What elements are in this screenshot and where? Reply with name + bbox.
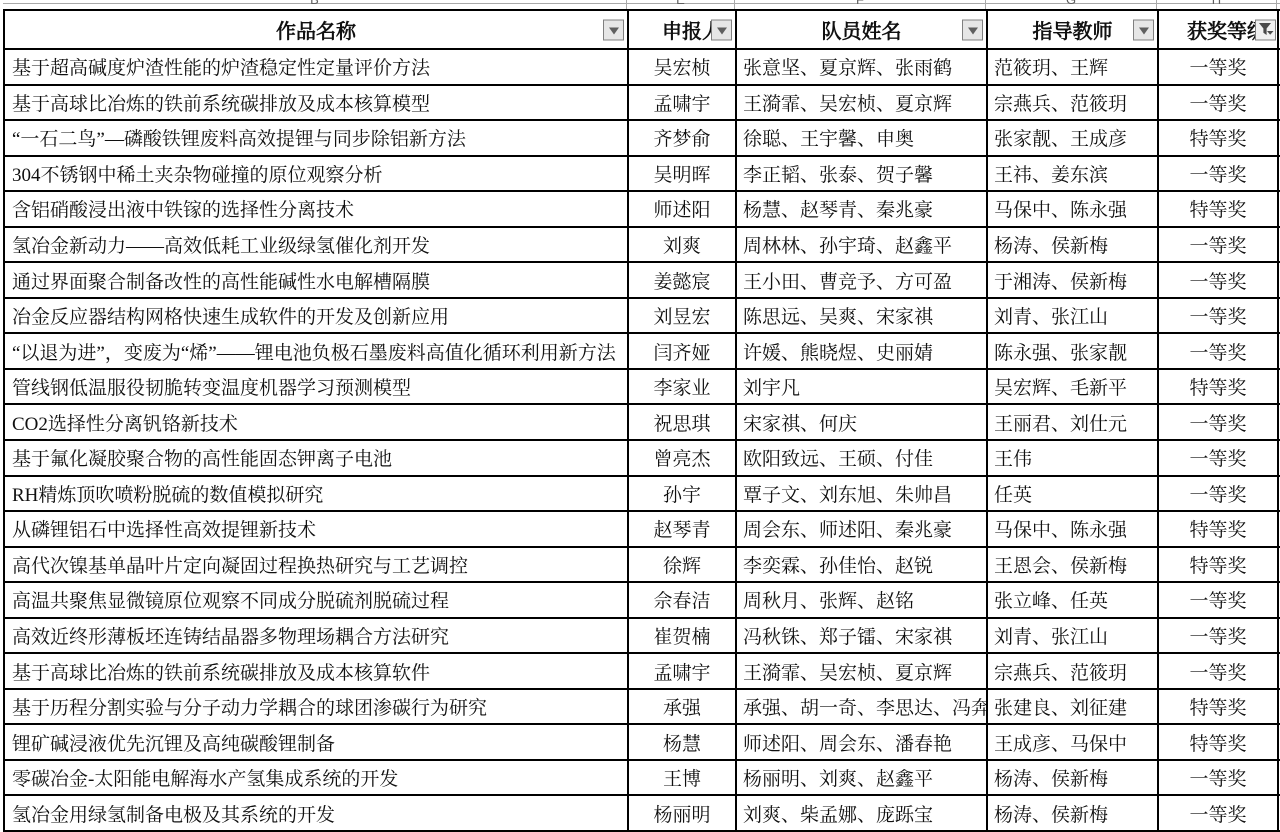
- column-letter-label: F: [856, 0, 864, 7]
- cell-award_level[interactable]: 一等奖: [1159, 157, 1279, 191]
- cell-work_title[interactable]: 氢冶金新动力——高效低耗工业级绿氢催化剂开发: [5, 228, 629, 262]
- cell-team_members[interactable]: 师述阳、周会东、潘春艳: [737, 725, 988, 759]
- header-cell-award_level[interactable]: 获奖等级: [1159, 11, 1279, 48]
- cell-team_members[interactable]: 承强、胡一奇、李思达、冯奔: [737, 690, 988, 724]
- cell-award_level[interactable]: 特等奖: [1159, 370, 1279, 404]
- table-row: 从磷锂铝石中选择性高效提锂新技术赵琴青周会东、师述阳、秦兆豪马保中、陈永强特等奖: [5, 512, 1280, 548]
- cell-applicant[interactable]: 崔贺楠: [629, 619, 737, 653]
- cell-team_members[interactable]: 刘宇凡: [737, 370, 988, 404]
- chevron-down-icon: [717, 27, 727, 34]
- cell-applicant[interactable]: 孙宇: [629, 477, 737, 511]
- cell-work_title[interactable]: 锂矿碱浸液优先沉锂及高纯碳酸锂制备: [5, 725, 629, 759]
- cell-award_level[interactable]: 一等奖: [1159, 334, 1279, 368]
- cell-team_members[interactable]: 覃子文、刘东旭、朱帅昌: [737, 477, 988, 511]
- cell-advisors[interactable]: 刘青、张江山: [988, 619, 1159, 653]
- column-letter-label: E: [676, 0, 685, 7]
- table-row: 通过界面聚合制备改性的高性能碱性水电解槽隔膜姜懿宸王小田、曹竞予、方可盈于湘涛、…: [5, 263, 1280, 299]
- table-row: 304不锈钢中稀土夹杂物碰撞的原位观察分析吴明晖李正韬、张泰、贺子馨王祎、姜东滨…: [5, 157, 1280, 193]
- table-row: “以退为进”，变废为“烯”——锂电池负极石墨废料高值化循环利用新方法闫齐娅许媛、…: [5, 334, 1280, 370]
- table-row: 基于氟化凝胶聚合物的高性能固态钾离子电池曾亮杰欧阳致远、王硕、付佳王伟一等奖: [5, 441, 1280, 477]
- header-cell-applicant[interactable]: 申报人: [629, 11, 737, 48]
- cell-team_members[interactable]: 陈思远、吴爽、宋家祺: [737, 299, 988, 333]
- cell-work_title[interactable]: 基于超高碱度炉渣性能的炉渣稳定性定量评价方法: [5, 50, 629, 84]
- cell-applicant[interactable]: 齐梦俞: [629, 121, 737, 155]
- cell-advisors[interactable]: 马保中、陈永强: [988, 192, 1159, 226]
- cell-applicant[interactable]: 杨慧: [629, 725, 737, 759]
- cell-advisors[interactable]: 王恩会、侯新梅: [988, 548, 1159, 582]
- cell-work_title[interactable]: 高代次镍基单晶叶片定向凝固过程换热研究与工艺调控: [5, 548, 629, 582]
- table-row: 锂矿碱浸液优先沉锂及高纯碳酸锂制备杨慧师述阳、周会东、潘春艳王成彦、马保中特等奖: [5, 725, 1280, 761]
- cell-work_title[interactable]: 零碳冶金-太阳能电解海水产氢集成系统的开发: [5, 761, 629, 795]
- spreadsheet-view: BEFGH 作品名称申报人队员姓名指导教师获奖等级 基于超高碱度炉渣性能的炉渣稳…: [0, 0, 1280, 832]
- table-row: CO2选择性分离钒铬新技术祝思琪宋家祺、何庆王丽君、刘仕元一等奖: [5, 405, 1280, 441]
- cell-award_level[interactable]: 一等奖: [1159, 583, 1279, 617]
- column-letter-cell[interactable]: B: [3, 0, 627, 9]
- cell-award_level[interactable]: 一等奖: [1159, 654, 1279, 688]
- table-row: 含铝硝酸浸出液中铁镓的选择性分离技术师述阳杨慧、赵琴青、秦兆豪马保中、陈永强特等…: [5, 192, 1280, 228]
- cell-award_level[interactable]: 一等奖: [1159, 228, 1279, 262]
- cell-award_level[interactable]: 一等奖: [1159, 405, 1279, 439]
- cell-award_level[interactable]: 一等奖: [1159, 619, 1279, 653]
- cell-applicant[interactable]: 曾亮杰: [629, 441, 737, 475]
- cell-applicant[interactable]: 佘春洁: [629, 583, 737, 617]
- cell-applicant[interactable]: 吴宏桢: [629, 50, 737, 84]
- header-cell-work_title[interactable]: 作品名称: [5, 11, 629, 48]
- column-letter-strip: BEFGH: [3, 0, 1280, 9]
- cell-applicant[interactable]: 师述阳: [629, 192, 737, 226]
- header-label-team_members: 队员姓名: [822, 15, 902, 44]
- cell-applicant[interactable]: 闫齐娅: [629, 334, 737, 368]
- cell-award_level[interactable]: 特等奖: [1159, 512, 1279, 546]
- cell-advisors[interactable]: 任英: [988, 477, 1159, 511]
- cell-award_level[interactable]: 一等奖: [1159, 477, 1279, 511]
- table-row: 基于超高碱度炉渣性能的炉渣稳定性定量评价方法吴宏桢张意坚、夏京辉、张雨鹤范筱玥、…: [5, 50, 1280, 86]
- cell-team_members[interactable]: 周林林、孙宇琦、赵鑫平: [737, 228, 988, 262]
- cell-award_level[interactable]: 一等奖: [1159, 796, 1279, 830]
- cell-team_members[interactable]: 徐聪、王宇馨、申奥: [737, 121, 988, 155]
- cell-team_members[interactable]: 周会东、师述阳、秦兆豪: [737, 512, 988, 546]
- cell-advisors[interactable]: 张立峰、任英: [988, 583, 1159, 617]
- cell-advisors[interactable]: 杨涛、侯新梅: [988, 228, 1159, 262]
- cell-advisors[interactable]: 张家靓、王成彦: [988, 121, 1159, 155]
- cell-work_title[interactable]: “以退为进”，变废为“烯”——锂电池负极石墨废料高值化循环利用新方法: [5, 334, 629, 368]
- header-cell-team_members[interactable]: 队员姓名: [737, 11, 988, 48]
- cell-award_level[interactable]: 一等奖: [1159, 761, 1279, 795]
- table-body: 基于超高碱度炉渣性能的炉渣稳定性定量评价方法吴宏桢张意坚、夏京辉、张雨鹤范筱玥、…: [5, 50, 1280, 832]
- table-row: 氢冶金新动力——高效低耗工业级绿氢催化剂开发刘爽周林林、孙宇琦、赵鑫平杨涛、侯新…: [5, 228, 1280, 264]
- table-row: 高温共聚焦显微镜原位观察不同成分脱硫剂脱硫过程佘春洁周秋月、张辉、赵铭张立峰、任…: [5, 583, 1280, 619]
- cell-advisors[interactable]: 张建良、刘征建: [988, 690, 1159, 724]
- cell-work_title[interactable]: 基于历程分割实验与分子动力学耦合的球团渗碳行为研究: [5, 690, 629, 724]
- table-row: 基于高球比冶炼的铁前系统碳排放及成本核算模型孟啸宇王漪霏、吴宏桢、夏京辉宗燕兵、…: [5, 86, 1280, 122]
- cell-advisors[interactable]: 王丽君、刘仕元: [988, 405, 1159, 439]
- cell-applicant[interactable]: 孟啸宇: [629, 86, 737, 120]
- cell-applicant[interactable]: 徐辉: [629, 548, 737, 582]
- cell-award_level[interactable]: 一等奖: [1159, 299, 1279, 333]
- cell-work_title[interactable]: 304不锈钢中稀土夹杂物碰撞的原位观察分析: [5, 157, 629, 191]
- cell-award_level[interactable]: 一等奖: [1159, 263, 1279, 297]
- cell-advisors[interactable]: 马保中、陈永强: [988, 512, 1159, 546]
- table-row: 管线钢低温服役韧脆转变温度机器学习预测模型李家业刘宇凡吴宏辉、毛新平特等奖: [5, 370, 1280, 406]
- awards-table: 作品名称申报人队员姓名指导教师获奖等级 基于超高碱度炉渣性能的炉渣稳定性定量评价…: [3, 9, 1280, 832]
- cell-team_members[interactable]: 张意坚、夏京辉、张雨鹤: [737, 50, 988, 84]
- cell-work_title[interactable]: 冶金反应器结构网格快速生成软件的开发及创新应用: [5, 299, 629, 333]
- chevron-down-icon: [968, 27, 978, 34]
- cell-advisors[interactable]: 于湘涛、侯新梅: [988, 263, 1159, 297]
- column-letter-label: G: [1066, 0, 1076, 7]
- column-letter-cell[interactable]: H: [1157, 0, 1277, 9]
- cell-advisors[interactable]: 杨涛、侯新梅: [988, 796, 1159, 830]
- table-header-row: 作品名称申报人队员姓名指导教师获奖等级: [5, 11, 1280, 50]
- cell-advisors[interactable]: 杨涛、侯新梅: [988, 761, 1159, 795]
- cell-work_title[interactable]: 从磷锂铝石中选择性高效提锂新技术: [5, 512, 629, 546]
- column-letter-cell[interactable]: F: [735, 0, 986, 9]
- cell-work_title[interactable]: RH精炼顶吹喷粉脱硫的数值模拟研究: [5, 477, 629, 511]
- cell-advisors[interactable]: 陈永强、张家靓: [988, 334, 1159, 368]
- cell-team_members[interactable]: 王漪霏、吴宏桢、夏京辉: [737, 654, 988, 688]
- cell-work_title[interactable]: 基于氟化凝胶聚合物的高性能固态钾离子电池: [5, 441, 629, 475]
- cell-applicant[interactable]: 李家业: [629, 370, 737, 404]
- cell-advisors[interactable]: 王祎、姜东滨: [988, 157, 1159, 191]
- cell-award_level[interactable]: 一等奖: [1159, 50, 1279, 84]
- cell-award_level[interactable]: 一等奖: [1159, 441, 1279, 475]
- table-row: 基于高球比冶炼的铁前系统碳排放及成本核算软件孟啸宇王漪霏、吴宏桢、夏京辉宗燕兵、…: [5, 654, 1280, 690]
- cell-team_members[interactable]: 王漪霏、吴宏桢、夏京辉: [737, 86, 988, 120]
- cell-advisors[interactable]: 王成彦、马保中: [988, 725, 1159, 759]
- cell-applicant[interactable]: 刘昱宏: [629, 299, 737, 333]
- table-row: 冶金反应器结构网格快速生成软件的开发及创新应用刘昱宏陈思远、吴爽、宋家祺刘青、张…: [5, 299, 1280, 335]
- table-row: “一石二鸟”—磷酸铁锂废料高效提锂与同步除铝新方法齐梦俞徐聪、王宇馨、申奥张家靓…: [5, 121, 1280, 157]
- cell-work_title[interactable]: 基于高球比冶炼的铁前系统碳排放及成本核算模型: [5, 86, 629, 120]
- column-letter-label: B: [310, 0, 319, 7]
- filter-dropdown-button[interactable]: [603, 19, 624, 40]
- column-letter-cell[interactable]: E: [627, 0, 735, 9]
- cell-advisors[interactable]: 刘青、张江山: [988, 299, 1159, 333]
- table-row: 氢冶金用绿氢制备电极及其系统的开发杨丽明刘爽、柴孟娜、庞跞宝杨涛、侯新梅一等奖: [5, 796, 1280, 832]
- cell-advisors[interactable]: 范筱玥、王辉: [988, 50, 1159, 84]
- cell-applicant[interactable]: 王博: [629, 761, 737, 795]
- cell-award_level[interactable]: 一等奖: [1159, 86, 1279, 120]
- cell-work_title[interactable]: 氢冶金用绿氢制备电极及其系统的开发: [5, 796, 629, 830]
- cell-applicant[interactable]: 刘爽: [629, 228, 737, 262]
- table-row: 基于历程分割实验与分子动力学耦合的球团渗碳行为研究承强承强、胡一奇、李思达、冯奔…: [5, 690, 1280, 726]
- filter-active-funnel-button[interactable]: [1255, 19, 1276, 40]
- cell-applicant[interactable]: 孟啸宇: [629, 654, 737, 688]
- chevron-down-icon: [609, 27, 619, 34]
- chevron-down-icon: [1139, 27, 1149, 34]
- cell-award_level[interactable]: 特等奖: [1159, 690, 1279, 724]
- cell-award_level[interactable]: 特等奖: [1159, 121, 1279, 155]
- cell-advisors[interactable]: 宗燕兵、范筱玥: [988, 86, 1159, 120]
- cell-team_members[interactable]: 宋家祺、何庆: [737, 405, 988, 439]
- cell-team_members[interactable]: 许媛、熊晓煜、史丽婧: [737, 334, 988, 368]
- cell-work_title[interactable]: 含铝硝酸浸出液中铁镓的选择性分离技术: [5, 192, 629, 226]
- header-label-work_title: 作品名称: [276, 15, 356, 44]
- table-row: 零碳冶金-太阳能电解海水产氢集成系统的开发王博杨丽明、刘爽、赵鑫平杨涛、侯新梅一…: [5, 761, 1280, 797]
- cell-team_members[interactable]: 冯秋铢、郑子镭、宋家祺: [737, 619, 988, 653]
- cell-work_title[interactable]: 管线钢低温服役韧脆转变温度机器学习预测模型: [5, 370, 629, 404]
- cell-award_level[interactable]: 特等奖: [1159, 725, 1279, 759]
- cell-team_members[interactable]: 周秋月、张辉、赵铭: [737, 583, 988, 617]
- cell-work_title[interactable]: “一石二鸟”—磷酸铁锂废料高效提锂与同步除铝新方法: [5, 121, 629, 155]
- header-label-advisors: 指导教师: [1033, 15, 1113, 44]
- cell-work_title[interactable]: 通过界面聚合制备改性的高性能碱性水电解槽隔膜: [5, 263, 629, 297]
- cell-advisors[interactable]: 吴宏辉、毛新平: [988, 370, 1159, 404]
- column-letter-cell[interactable]: G: [986, 0, 1157, 9]
- cell-award_level[interactable]: 特等奖: [1159, 192, 1279, 226]
- cell-advisors[interactable]: 王伟: [988, 441, 1159, 475]
- cell-applicant[interactable]: 吴明晖: [629, 157, 737, 191]
- table-row: 高效近终形薄板坯连铸结晶器多物理场耦合方法研究崔贺楠冯秋铢、郑子镭、宋家祺刘青、…: [5, 619, 1280, 655]
- cell-applicant[interactable]: 祝思琪: [629, 405, 737, 439]
- cell-team_members[interactable]: 杨丽明、刘爽、赵鑫平: [737, 761, 988, 795]
- cell-award_level[interactable]: 特等奖: [1159, 548, 1279, 582]
- table-row: 高代次镍基单晶叶片定向凝固过程换热研究与工艺调控徐辉李奕霖、孙佳怡、赵锐王恩会、…: [5, 548, 1280, 584]
- filter-dropdown-button[interactable]: [711, 19, 732, 40]
- cell-applicant[interactable]: 承强: [629, 690, 737, 724]
- cell-team_members[interactable]: 王小田、曹竞予、方可盈: [737, 263, 988, 297]
- funnel-filter-icon: [1258, 22, 1274, 38]
- table-row: RH精炼顶吹喷粉脱硫的数值模拟研究孙宇覃子文、刘东旭、朱帅昌任英一等奖: [5, 477, 1280, 513]
- header-cell-advisors[interactable]: 指导教师: [988, 11, 1159, 48]
- cell-advisors[interactable]: 宗燕兵、范筱玥: [988, 654, 1159, 688]
- filter-dropdown-button[interactable]: [962, 19, 983, 40]
- cell-work_title[interactable]: 基于高球比冶炼的铁前系统碳排放及成本核算软件: [5, 654, 629, 688]
- cell-team_members[interactable]: 李正韬、张泰、贺子馨: [737, 157, 988, 191]
- cell-team_members[interactable]: 杨慧、赵琴青、秦兆豪: [737, 192, 988, 226]
- cell-team_members[interactable]: 欧阳致远、王硕、付佳: [737, 441, 988, 475]
- cell-work_title[interactable]: 高效近终形薄板坯连铸结晶器多物理场耦合方法研究: [5, 619, 629, 653]
- cell-team_members[interactable]: 刘爽、柴孟娜、庞跞宝: [737, 796, 988, 830]
- cell-team_members[interactable]: 李奕霖、孙佳怡、赵锐: [737, 548, 988, 582]
- cell-work_title[interactable]: 高温共聚焦显微镜原位观察不同成分脱硫剂脱硫过程: [5, 583, 629, 617]
- filter-dropdown-button[interactable]: [1133, 19, 1154, 40]
- cell-applicant[interactable]: 赵琴青: [629, 512, 737, 546]
- cell-applicant[interactable]: 姜懿宸: [629, 263, 737, 297]
- cell-work_title[interactable]: CO2选择性分离钒铬新技术: [5, 405, 629, 439]
- cell-applicant[interactable]: 杨丽明: [629, 796, 737, 830]
- column-letter-label: H: [1212, 0, 1221, 7]
